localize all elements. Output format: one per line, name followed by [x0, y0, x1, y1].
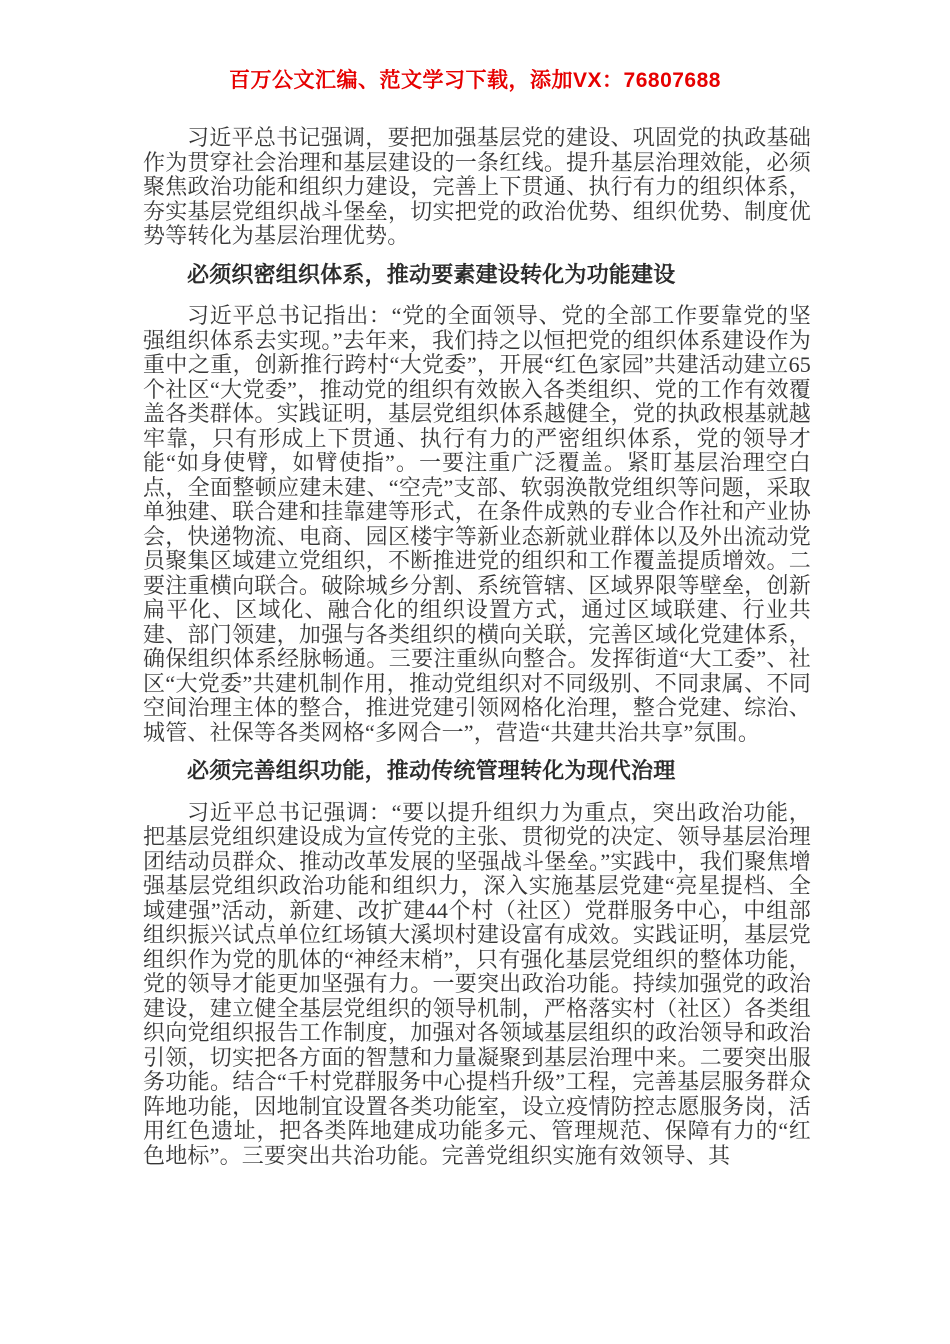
paragraph-section-1: 习近平总书记指出：“党的全面领导、党的全部工作要靠党的坚强组织体系去实现。”去年…: [143, 304, 811, 745]
paragraph-section-2: 习近平总书记强调：“要以提升组织力为重点，突出政治功能，把基层党组织建设成为宣传…: [143, 801, 811, 1169]
promo-header-text: 百万公文汇编、范文学习下载，添加VX：76807688: [0, 64, 950, 94]
section-heading-2: 必须完善组织功能，推动传统管理转化为现代治理: [143, 759, 811, 784]
document-page: 百万公文汇编、范文学习下载，添加VX：76807688 习近平总书记强调，要把加…: [0, 0, 950, 1344]
document-body: 习近平总书记强调，要把加强基层党的建设、巩固党的执政基础作为贯穿社会治理和基层建…: [143, 126, 811, 1168]
section-heading-1: 必须织密组织体系，推动要素建设转化为功能建设: [143, 263, 811, 288]
paragraph-intro: 习近平总书记强调，要把加强基层党的建设、巩固党的执政基础作为贯穿社会治理和基层建…: [143, 126, 811, 249]
